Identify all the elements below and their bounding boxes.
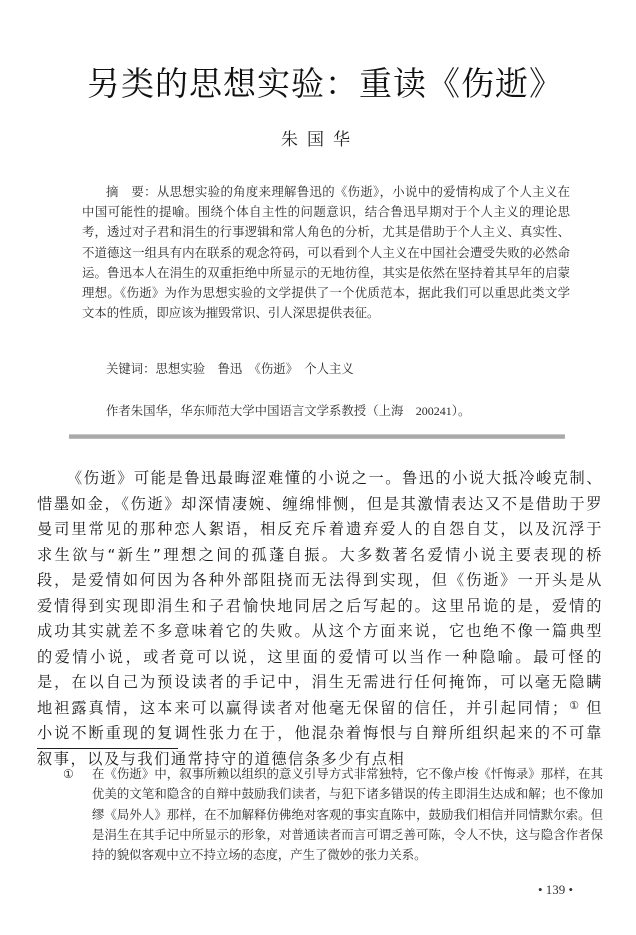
keywords: 关键词：思想实验 鲁迅 《伤逝》 个人主义 bbox=[106, 359, 354, 379]
author-name: 朱国华 bbox=[0, 128, 636, 152]
author-affiliation: 作者朱国华，华东师范大学中国语言文学系教授（上海 200241）。 bbox=[106, 401, 470, 421]
footnote-reference[interactable]: ① bbox=[569, 699, 580, 712]
abstract: 摘 要：从思想实验的角度来理解鲁迅的《伤逝》，小说中的爱情构成了个人主义在中国可… bbox=[82, 182, 570, 323]
footnote-divider bbox=[37, 748, 178, 749]
body-paragraph: 《伤逝》可能是鲁迅最晦涩难懂的小说之一。鲁迅的小说大抵冷峻克制、惜墨如金，《伤逝… bbox=[37, 466, 603, 772]
affiliation-suffix: ）。 bbox=[452, 403, 471, 418]
footnote-marker: ① bbox=[63, 764, 74, 784]
affiliation-text: 作者朱国华，华东师范大学中国语言文学系教授（上海 bbox=[106, 403, 416, 418]
footnote-text: 在《伤逝》中，叙事所赖以组织的意义引导方式非常独特，它不像卢梭《忏悔录》那样，在… bbox=[92, 764, 603, 865]
postcode: 200241 bbox=[416, 404, 452, 418]
header-divider bbox=[69, 434, 565, 439]
footnote: ① 在《伤逝》中，叙事所赖以组织的意义引导方式非常独特，它不像卢梭《忏悔录》那样… bbox=[63, 764, 603, 865]
page-number: • 139 • bbox=[538, 882, 573, 898]
abstract-text: 从思想实验的角度来理解鲁迅的《伤逝》，小说中的爱情构成了个人主义在中国可能性的提… bbox=[82, 184, 570, 320]
abstract-label: 摘 要： bbox=[106, 184, 157, 199]
body-text-part-1: 《伤逝》可能是鲁迅最晦涩难懂的小说之一。鲁迅的小说大抵冷峻克制、惜墨如金，《伤逝… bbox=[37, 469, 603, 717]
article-title: 另类的思想实验：重读《伤逝》 bbox=[0, 62, 636, 106]
